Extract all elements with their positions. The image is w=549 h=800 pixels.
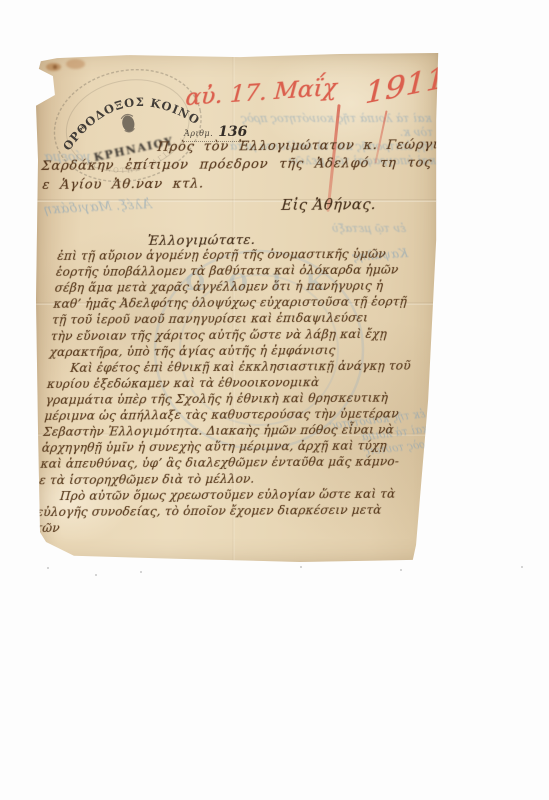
showthrough-line: καὶ τὰ λοιπὰ τῆς κοινότητος πρὸς τὸν κ. [219,112,434,140]
address-line: Πρὸς τὸν Ἐλλογιμώτατον κ. Γεώργιον [157,137,457,155]
rust-stain [66,59,85,69]
protocol-number-value: 136 [218,124,247,140]
address-line: Σαρδάκην ἐπίτιμον πρόεδρον τῆς Ἀδελφό τη… [41,156,433,174]
body-line: τὴν εὔνοιαν τῆς χάριτος αὐτῆς ὥστε νὰ λά… [50,325,420,344]
red-date-year: 1911 [364,60,447,112]
dust-speck [400,569,402,571]
showthrough-right-1: ἐν τῷ μεταξὺ [331,222,406,235]
dust-speck [47,567,49,569]
letter-body: ἐπὶ τῇ αὔριον ἁγομένῃ ἑορτῇ τῆς ὀνομαστι… [35,245,426,536]
dust-speck [95,574,97,576]
protocol-number-label: Ἀριθμ. [184,129,213,138]
body-line: εὐλογῆς συνοδείας, τὸ ὁποῖον ἔχομεν διαρ… [35,501,406,536]
address-line: ε Ἁγίου Ἀθ.ναν κτλ. [42,177,205,193]
dust-speck [300,566,302,568]
rust-stain [53,65,57,69]
body-paragraph-2: Καὶ ἐφέτος ἐπὶ ἐθνικῇ καὶ ἐκκλησιαστικῇ … [39,357,418,488]
address-place: Εἰς Ἀθήνας. [281,197,377,214]
body-paragraph-3: Πρὸ αὐτῶν ὅμως χρεωστοῦμεν εὐλογίαν ὥστε… [35,485,407,536]
red-date-annotation: αὐ. 17. Μαΐχ [185,75,338,111]
dust-speck [521,566,523,568]
letter-paper: Ω Ο Ι Κ καὶ τὰ λοιπὰ τῆς κοινότητος πρὸς… [36,52,439,564]
body-paragraph-1: ἐπὶ τῇ αὔριον ἁγομένῃ ἑορτῇ τῆς ὀνομαστι… [49,245,426,360]
body-line: καὶ ἀπευθύνας, ὑφ’ ἃς διαλεχθῶμεν ἐνταῦθ… [40,453,410,472]
body-line: Καὶ ἐφέτος ἐπὶ ἐθνικῇ καὶ ἐκκλησιαστικῇ … [48,357,418,376]
rust-stain [37,86,47,101]
dust-speck [140,571,142,573]
scan-background: Ω Ο Ι Κ καὶ τὰ λοιπὰ τῆς κοινότητος πρὸς… [0,0,549,800]
